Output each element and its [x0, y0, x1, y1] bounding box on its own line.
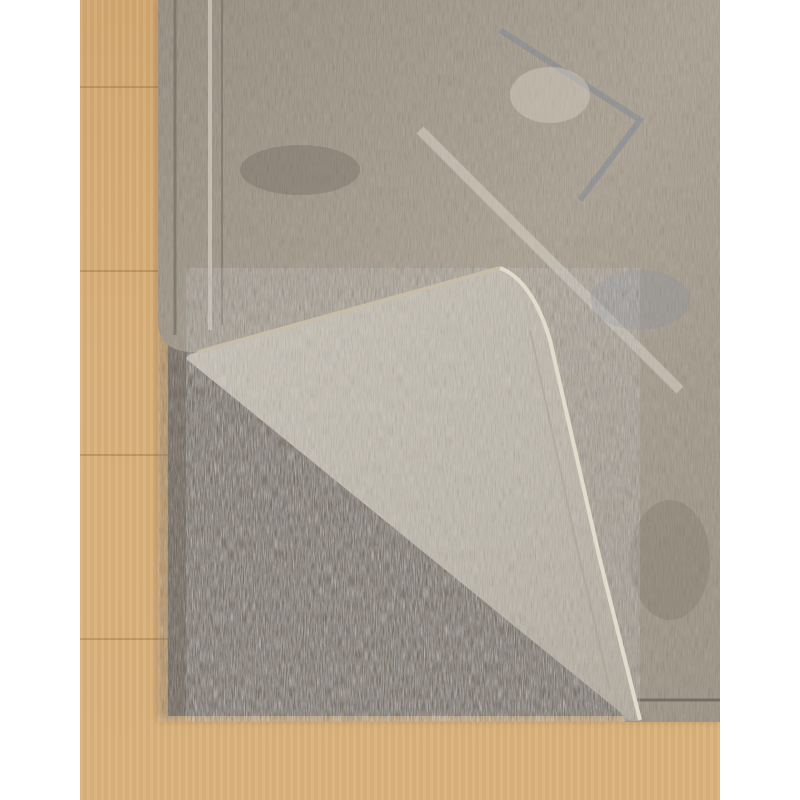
product-photo [80, 0, 720, 800]
rug-illustration [80, 0, 720, 800]
